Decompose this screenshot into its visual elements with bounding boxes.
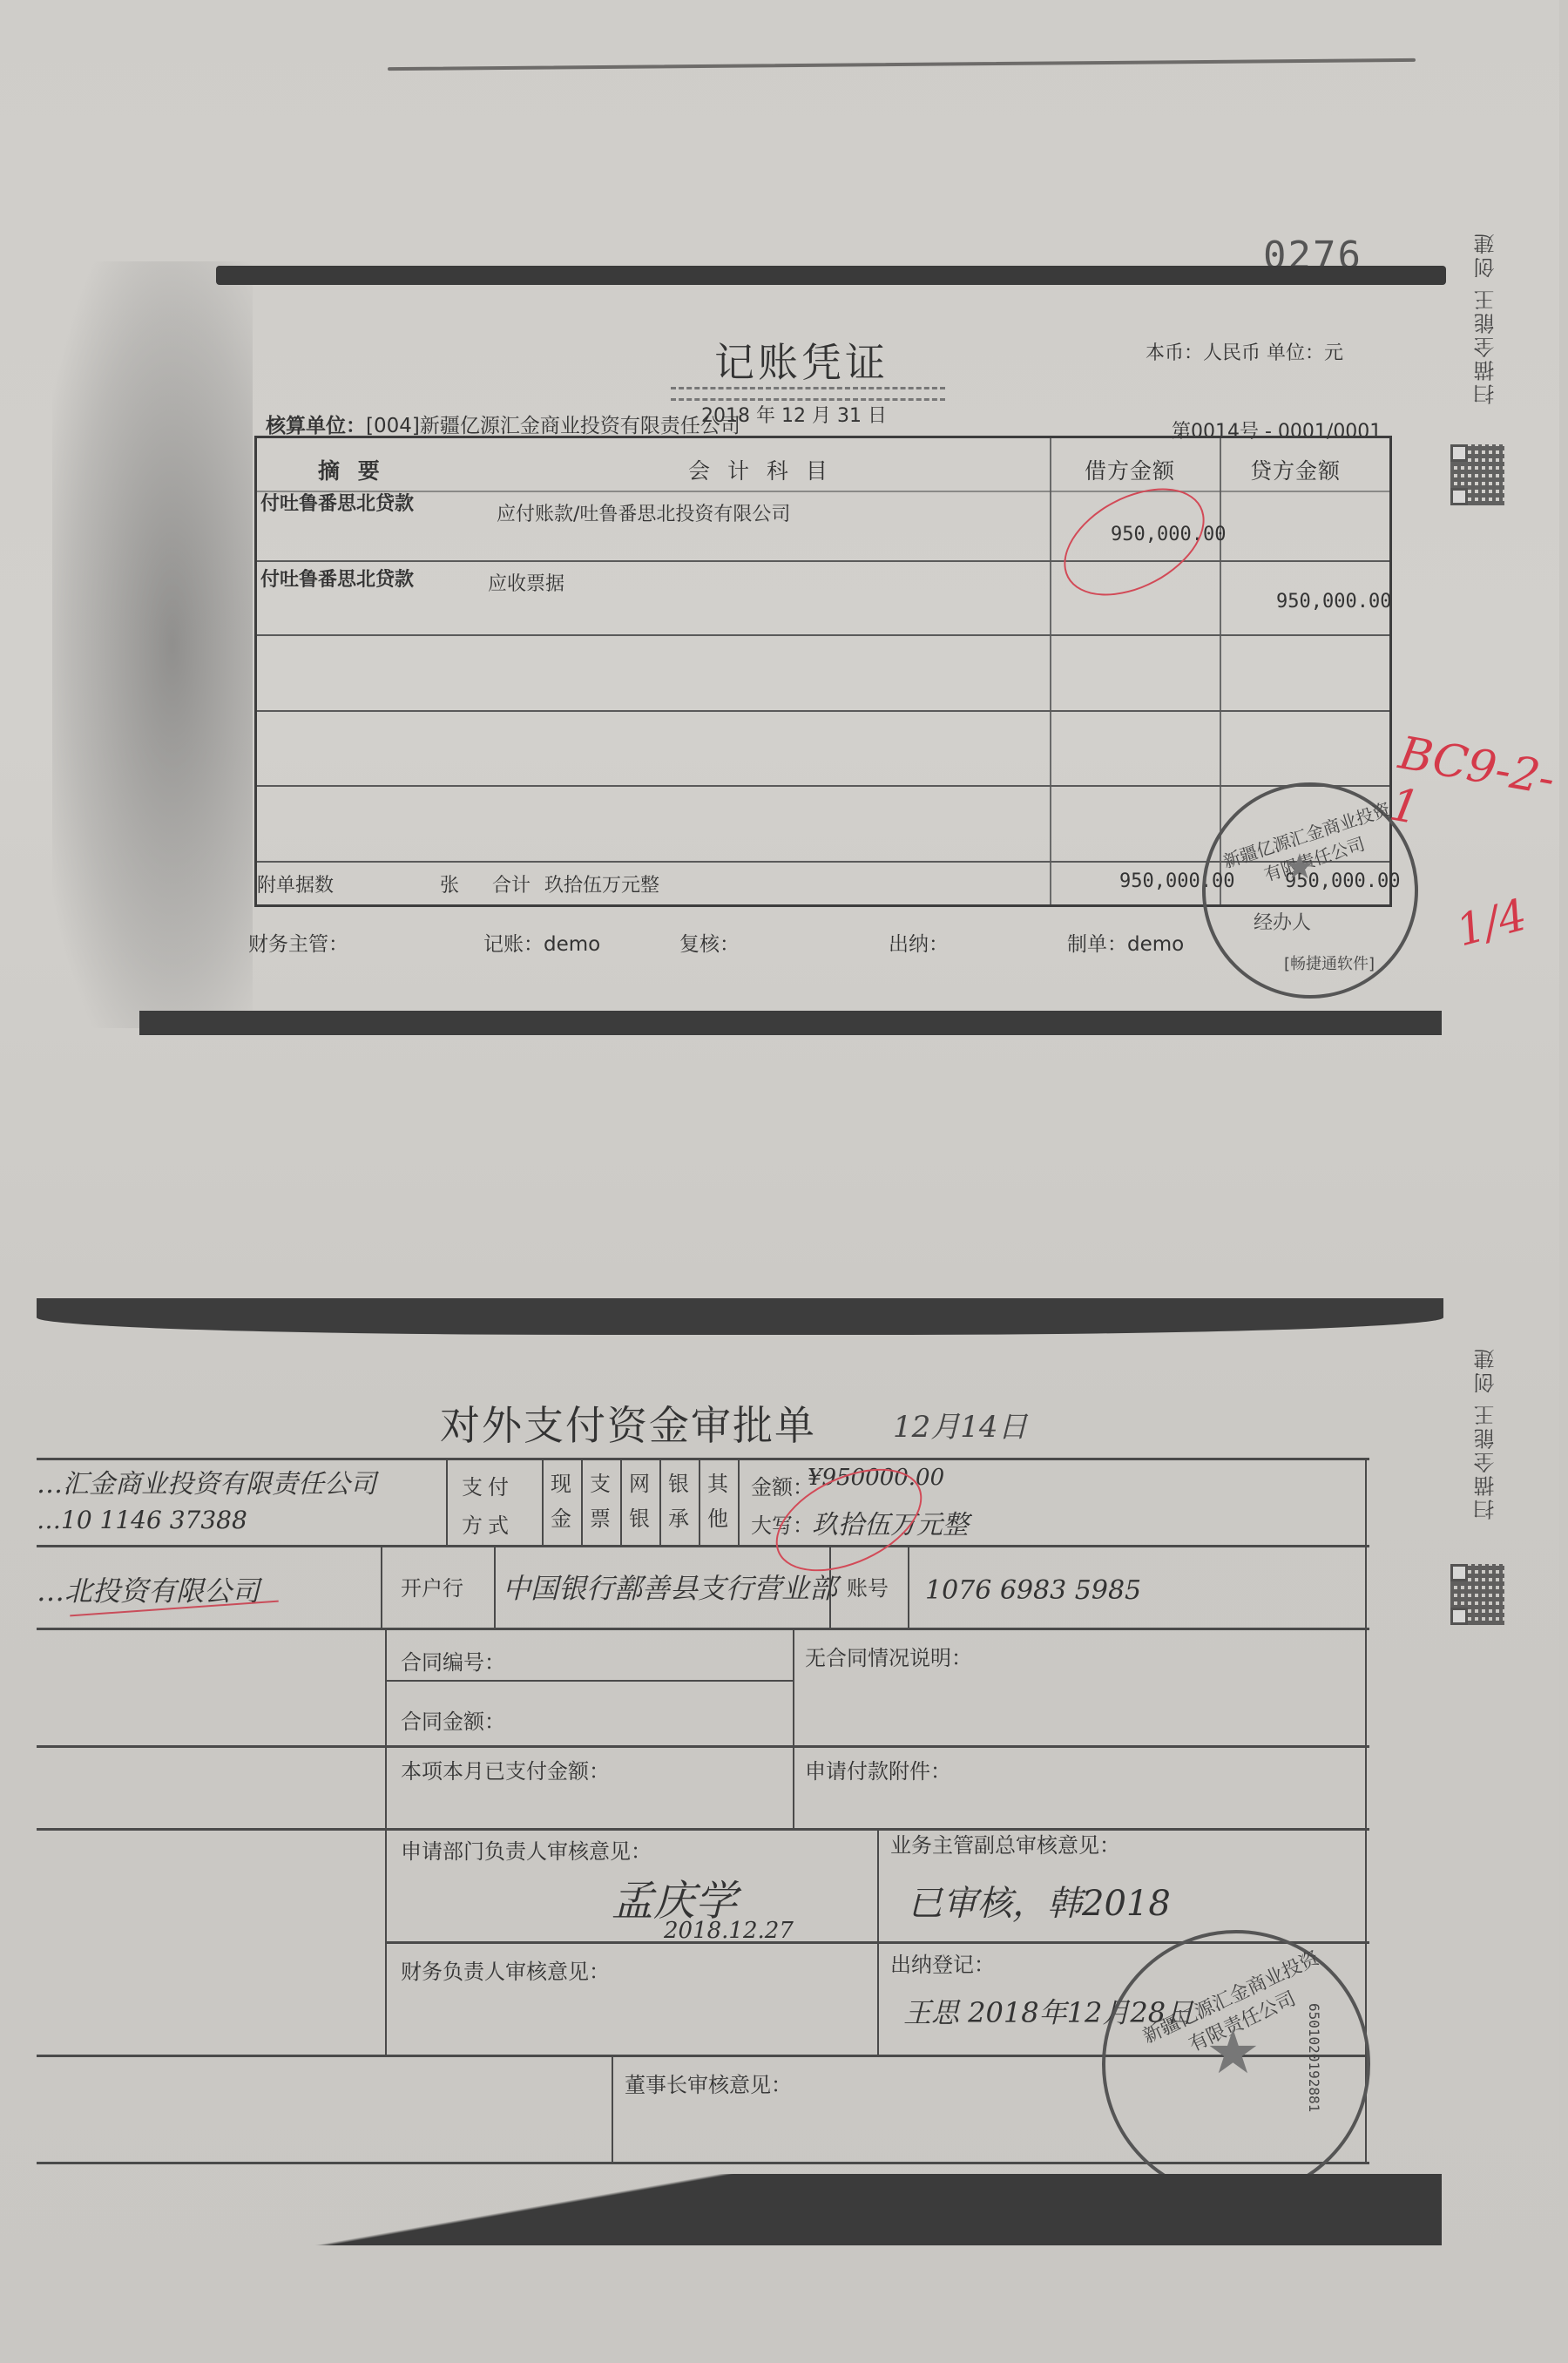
col-divider	[381, 1545, 382, 1628]
col-divider	[877, 1828, 879, 2055]
accounting-unit: 核算单位：[004]新疆亿源汇金商业投资有限责任公司	[266, 410, 740, 438]
header-account: 会 计 科 目	[688, 454, 833, 485]
sig-preparer: 制单：demo	[1067, 928, 1184, 957]
accounting-unit-label: 核算单位：	[266, 415, 366, 437]
row-divider	[257, 785, 1389, 787]
scanner-watermark: 扫描全能王 创建	[1470, 1346, 1501, 1520]
stamp-software: [畅捷通软件]	[1284, 951, 1375, 974]
approval-bottom-band	[235, 2174, 1442, 2245]
bank-label: 开户行	[401, 1571, 463, 1601]
method-bank-acceptance[interactable]: 银承	[668, 1466, 691, 1536]
qr-code-icon	[1450, 1564, 1504, 1625]
col-divider	[908, 1545, 909, 1628]
stamp-note: 经办人	[1254, 908, 1311, 935]
qr-code-icon	[1450, 444, 1504, 505]
star-icon: ★	[1206, 2016, 1260, 2088]
approval-top-band	[37, 1298, 1443, 1335]
red-handwritten-fraction: 1/4	[1451, 890, 1532, 957]
sig-cashier: 出纳：	[889, 928, 949, 957]
col-divider	[446, 1458, 448, 1545]
dept-review-label: 申请部门负责人审核意见：	[401, 1834, 652, 1865]
scanner-watermark: 扫描全能王 创建	[1470, 231, 1501, 405]
voucher-bottom-band	[139, 1011, 1442, 1035]
contract-no-label: 合同编号：	[401, 1645, 505, 1676]
row-divider	[37, 1545, 1369, 1547]
entry-1-summary: 付吐鲁番思北贷款	[260, 489, 414, 516]
header-credit: 贷方金额	[1250, 454, 1341, 485]
vp-review-label: 业务主管副总审核意见：	[890, 1828, 1120, 1859]
star-icon: ★	[1284, 847, 1315, 887]
col-divider	[612, 2055, 613, 2162]
stamp-code: 6501020192881	[1306, 2003, 1322, 2112]
col-divider	[738, 1458, 740, 1545]
paid-this-month-label: 本项本月已支付金额：	[401, 1754, 610, 1784]
method-check[interactable]: 支票	[590, 1466, 612, 1536]
attachments-label: 申请付款附件：	[805, 1754, 951, 1784]
row-divider	[257, 634, 1389, 636]
entry-2-summary: 付吐鲁番思北贷款	[260, 565, 414, 592]
vp-review-signature: 已审核，韩2018	[908, 1876, 1171, 1926]
chairman-review-label: 董事长审核意见：	[625, 2068, 792, 2098]
finance-review-label: 财务负责人审核意见：	[401, 1954, 610, 1985]
row-divider	[37, 1745, 1369, 1748]
company-stamp: 新疆亿源汇金商业投资有限责任公司 ★ 经办人 [畅捷通软件]	[1202, 782, 1418, 999]
row-divider	[257, 491, 1389, 492]
col-divider	[620, 1458, 622, 1545]
approval-title: 对外支付资金审批单	[440, 1394, 816, 1452]
company-stamp: 新疆亿源汇金商业投资有限责任公司 ★ 6501020192881	[1102, 1930, 1370, 2198]
col-divider	[494, 1545, 496, 1628]
method-online-bank[interactable]: 网银	[629, 1466, 652, 1536]
attachments-unit: 张	[440, 870, 459, 897]
col-divider	[542, 1458, 544, 1545]
col-divider	[699, 1458, 700, 1545]
col-divider	[793, 1628, 794, 1828]
voucher-top-band	[216, 266, 1446, 285]
total-label: 合计	[492, 870, 531, 897]
attachments-label: 附单据数	[257, 870, 334, 897]
col-divider	[581, 1458, 583, 1545]
col-divider	[385, 1628, 387, 2055]
cashier-register-label: 出纳登记：	[890, 1947, 995, 1978]
account-label: 账号	[847, 1571, 889, 1601]
entry-2-credit: 950,000.00	[1276, 591, 1391, 613]
sig-reviewer: 复核：	[679, 928, 740, 957]
scan-smudge	[52, 261, 253, 1028]
row-divider	[385, 1680, 794, 1682]
row-divider	[37, 1458, 1369, 1460]
entry-1-account: 应付账款/吐鲁番思北投资有限公司	[497, 499, 790, 526]
dept-review-date: 2018.12.27	[664, 1918, 794, 1944]
voucher-title: 记账凭证	[714, 331, 889, 389]
accounting-unit-value: [004]新疆亿源汇金商业投资有限责任公司	[366, 415, 740, 437]
row-divider	[257, 560, 1389, 562]
header-debit: 借方金额	[1085, 454, 1175, 485]
handwritten-date: 12月14日	[893, 1403, 1028, 1446]
col-divider	[1050, 438, 1051, 904]
entry-2-account: 应收票据	[488, 569, 564, 596]
page-top-line	[388, 58, 1416, 71]
red-handwritten-code: BC9-2-1	[1386, 727, 1567, 858]
sig-bookkeeper: 记账：demo	[483, 928, 600, 957]
contract-amount-label: 合同金额：	[401, 1704, 505, 1735]
account-value: 1076 6983 5985	[925, 1575, 1141, 1606]
method-cash[interactable]: 现金	[551, 1466, 573, 1536]
bank-value: 中国银行鄯善县支行营业部	[503, 1567, 837, 1607]
scanned-page: 0276 记账凭证 本币：人民币 单位：元 2018 年 12 月 31 日 核…	[0, 0, 1559, 2363]
row-divider	[37, 1828, 1369, 1831]
row-divider	[257, 710, 1389, 712]
currency-unit: 本币：人民币 单位：元	[1146, 338, 1343, 365]
no-contract-label: 无合同情况说明：	[805, 1641, 972, 1671]
col-divider	[659, 1458, 661, 1545]
total-words: 玖拾伍万元整	[544, 870, 659, 897]
method-other[interactable]: 其他	[707, 1466, 730, 1536]
payee-name-handwritten: …汇金商业投资有限责任公司	[37, 1462, 376, 1500]
payee-account-handwritten: …10 1146 37388	[37, 1506, 247, 1534]
sig-finance-supervisor: 财务主管：	[248, 928, 348, 957]
row-divider	[37, 1628, 1369, 1630]
header-summary: 摘 要	[318, 454, 385, 485]
title-underline	[671, 387, 945, 401]
payment-method-label: 支付方式	[462, 1468, 523, 1545]
